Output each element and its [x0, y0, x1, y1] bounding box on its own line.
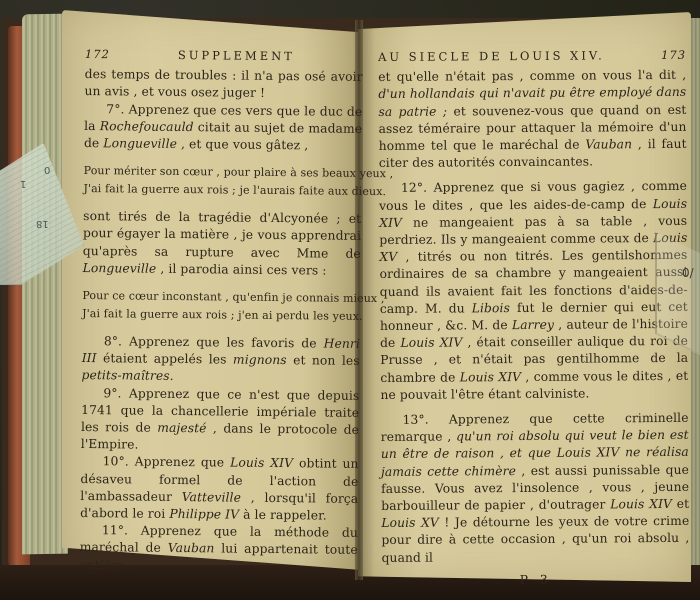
paragraph: et qu'elle n'était pas , comme on vous l… — [378, 67, 687, 172]
verse-quote-2: Pour ce cœur inconstant , qu'enfin je co… — [82, 287, 360, 326]
ruler-label: 0 — [44, 164, 50, 175]
ruler-label: 1 — [20, 178, 26, 189]
signature-mark: P 3 — [382, 571, 690, 590]
running-head-title-left: SUPPLEMENT — [178, 47, 295, 65]
paragraph-13: 13°. Apprenez que cette criminelle remar… — [381, 410, 690, 567]
paragraph-9: 9°. Apprenez que ce n'est que depuis 174… — [81, 385, 360, 457]
right-running-head: AU SIECLE DE LOUIS XIV. 173 — [378, 47, 686, 66]
verse-quote-1: Pour mériter son cœur , pour plaire à se… — [83, 162, 361, 201]
page-number-left: 172 — [85, 46, 110, 63]
paragraph-10: 10°. Apprenez que Louis XIV obtint un dé… — [80, 453, 359, 525]
left-running-head: 172 SUPPLEMENT — [85, 46, 363, 66]
paragraph: sont tirés de la tragédie d'Alcyonée ; e… — [83, 208, 362, 280]
paragraph-7: 7°. Apprenez que ces vers que le duc de … — [84, 101, 363, 156]
page-number-right: 173 — [661, 47, 686, 64]
page-edges-left — [22, 14, 68, 555]
paragraph-8: 8°. Apprenez que les favoris de Henri II… — [81, 333, 360, 388]
holder-label: 0/ — [682, 266, 694, 280]
left-page-text: 172 SUPPLEMENT des temps de troubles : i… — [79, 46, 363, 577]
running-head-title-right: AU SIECLE DE LOUIS XIV. — [378, 47, 605, 66]
paragraph-12: 12°. Apprenez que si vous gagiez , comme… — [379, 178, 689, 404]
paragraph: des temps de troubles : il n'a pas osé a… — [84, 66, 362, 103]
clear-page-holder — [655, 232, 700, 356]
paragraph-11: 11°. Apprenez que la méthode du maréchal… — [79, 522, 358, 577]
right-page-text: AU SIECLE DE LOUIS XIV. 173 et qu'elle n… — [378, 47, 690, 590]
ruler-label: 18 — [36, 218, 49, 229]
